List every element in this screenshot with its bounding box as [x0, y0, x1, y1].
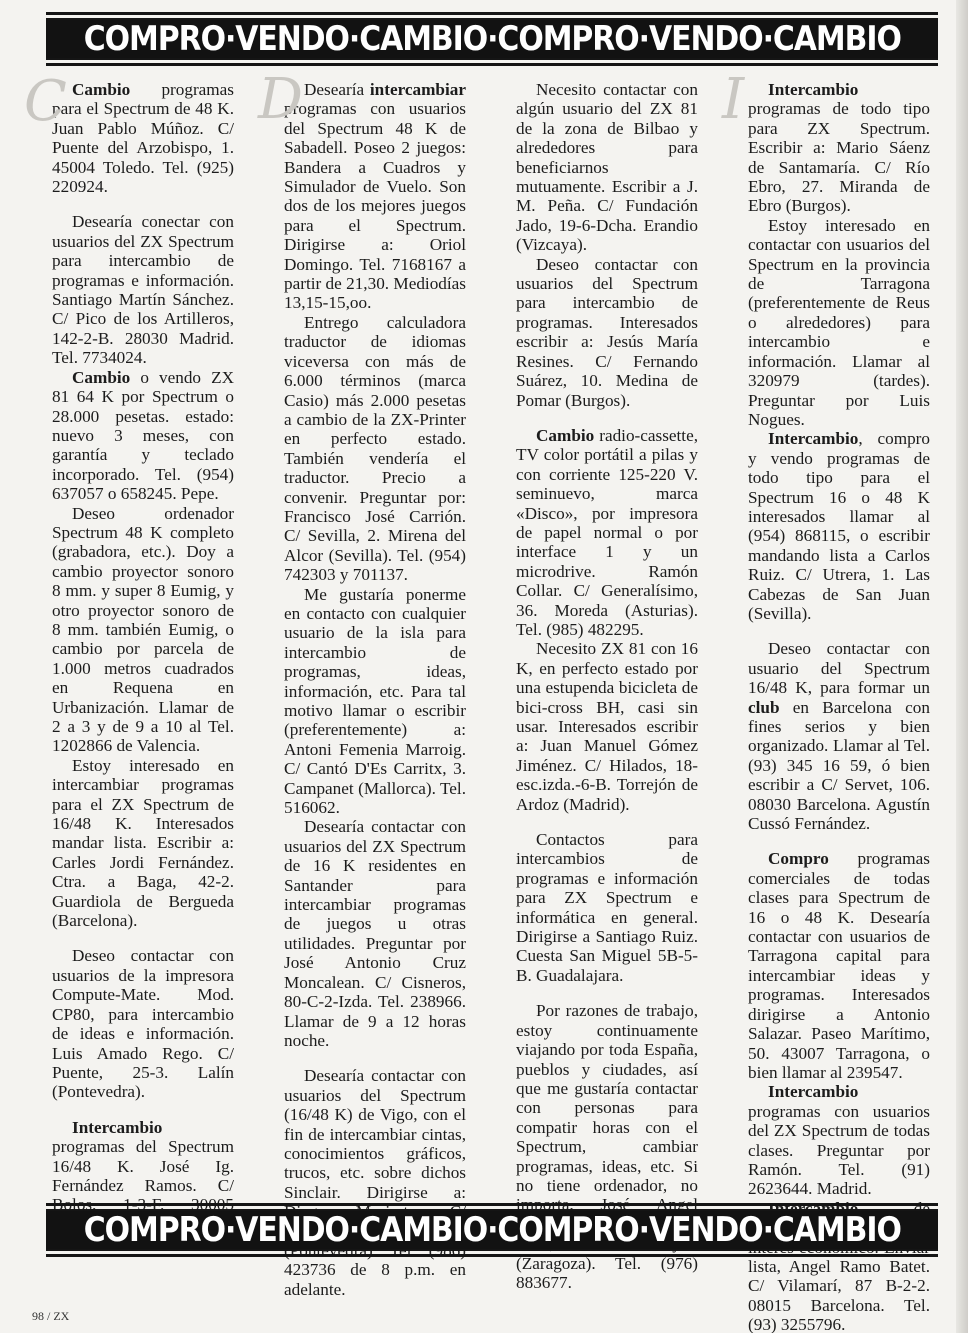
- classified-ad: Intercambio programas con usuarios del Z…: [748, 1082, 930, 1198]
- ad-body: programas con usuarios del Spectrum 48 K…: [284, 99, 466, 312]
- classifieds-columns: C Cambio programas para el Spectrum de 4…: [52, 80, 928, 1190]
- column-3: Necesito contactar con algún usuario del…: [516, 80, 698, 1333]
- ad-body: Deseo ordenador Spectrum 48 K completo (…: [52, 504, 234, 756]
- classified-ad: Me gustaría ponerme en contacto con cual…: [284, 585, 466, 818]
- decorative-flourish-icon: I: [722, 72, 744, 128]
- ad-lead: intercambiar: [370, 80, 466, 99]
- classified-ad: Cambio radio-cassette, TV color portátil…: [516, 426, 698, 639]
- classified-ad: Estoy interesado en intercambiar program…: [52, 756, 234, 931]
- ad-lead: Cambio: [72, 80, 130, 99]
- ad-body: Necesito contactar con algún usuario del…: [516, 80, 698, 254]
- classified-ad: Desearía intercambiar programas con usua…: [284, 80, 466, 313]
- ad-body: Estoy interesado en contactar con usuari…: [748, 216, 930, 429]
- ad-body: programas de todo tipo para ZX Spectrum.…: [748, 99, 930, 215]
- ad-pre: Desearía: [304, 80, 370, 99]
- classified-ad: Entrego calculadora traductor de idiomas…: [284, 313, 466, 585]
- banner-band: COMPRO·VENDO·CAMBIO·COMPRO·VENDO·CAMBIO: [46, 18, 938, 60]
- ad-body: Me gustaría ponerme en contacto con cual…: [284, 585, 466, 817]
- ad-body: Contactos para intercambios de programas…: [516, 830, 698, 985]
- banner-rule: [46, 1254, 938, 1257]
- banner-rule: [46, 1203, 938, 1206]
- classified-ad: Cambio o vendo ZX 81 64 K por Spectrum o…: [52, 368, 234, 504]
- classified-ad: Compro programas comerciales de todas cl…: [748, 849, 930, 1082]
- ad-lead: Compro: [768, 849, 829, 868]
- ad-body: , compro y vendo programas de todo tipo …: [748, 429, 930, 623]
- classified-ad: Estoy interesado en contactar con usuari…: [748, 216, 930, 429]
- ad-body: Deseo contactar con usuarios del Spectru…: [516, 255, 698, 410]
- classified-ad: Intercambio, compro y vendo programas de…: [748, 429, 930, 623]
- banner-title: COMPRO·VENDO·CAMBIO·COMPRO·VENDO·CAMBIO: [83, 1211, 900, 1249]
- ad-body: programas comerciales de todas clases pa…: [748, 849, 930, 1081]
- column-4: I Intercambio programas de todo tipo par…: [748, 80, 930, 1333]
- classified-ad: Cambio programas para el Spectrum de 48 …: [52, 80, 234, 196]
- column-2: D Desearía intercambiar programas con us…: [284, 80, 466, 1333]
- classified-ad: Deseo contactar con usuarios de la impre…: [52, 946, 234, 1101]
- ad-body: Entrego calculadora traductor de idiomas…: [284, 313, 466, 584]
- banner-rule: [46, 12, 938, 15]
- banner-title: COMPRO·VENDO·CAMBIO·COMPRO·VENDO·CAMBIO: [83, 20, 900, 58]
- classified-ad: Intercambio programas de todo tipo para …: [748, 80, 930, 216]
- banner-rule: [46, 63, 938, 66]
- ad-lead: Cambio: [72, 368, 130, 387]
- classified-ad: Deseo contactar con usuario del Spectrum…: [748, 639, 930, 833]
- ad-body: o vendo ZX 81 64 K por Spectrum o 28.000…: [52, 368, 234, 503]
- classified-ad: Deseo contactar con usuarios del Spectru…: [516, 255, 698, 410]
- classified-ad: Deseo ordenador Spectrum 48 K completo (…: [52, 504, 234, 756]
- ad-lead: Intercambio: [768, 429, 858, 448]
- classified-ad: Desearía conectar con usuarios del ZX Sp…: [52, 212, 234, 367]
- ad-body: Desearía conectar con usuarios del ZX Sp…: [52, 212, 234, 367]
- classified-ad: Necesito ZX 81 con 16 K, en perfecto est…: [516, 639, 698, 814]
- classified-ad: Necesito contactar con algún usuario del…: [516, 80, 698, 255]
- ad-body: Estoy interesado en intercambiar program…: [52, 756, 234, 930]
- page-number: 98 / ZX: [32, 1309, 69, 1324]
- header-banner: COMPRO·VENDO·CAMBIO·COMPRO·VENDO·CAMBIO: [46, 12, 938, 66]
- ad-pre: Deseo contactar con usuario del Spectrum…: [748, 639, 930, 697]
- ad-body: Necesito ZX 81 con 16 K, en perfecto est…: [516, 639, 698, 813]
- page-edge-shadow: [956, 0, 968, 1333]
- classified-ad: Desearía contactar con usuarios del ZX S…: [284, 817, 466, 1050]
- ad-body: Desearía contactar con usuarios del ZX S…: [284, 817, 466, 1049]
- ad-lead: Cambio: [536, 426, 594, 445]
- footer-banner: COMPRO·VENDO·CAMBIO·COMPRO·VENDO·CAMBIO: [46, 1203, 938, 1257]
- ad-body: en Barcelona con fines serios y bien org…: [748, 698, 930, 833]
- ad-lead: Intercambio: [768, 80, 858, 99]
- ad-lead: Intercambio: [72, 1118, 162, 1137]
- classified-ad: Desearía contactar con usuarios del Spec…: [284, 1066, 466, 1299]
- classified-ad: Contactos para intercambios de programas…: [516, 830, 698, 985]
- ad-body: Deseo contactar con usuarios de la impre…: [52, 946, 234, 1101]
- column-1: C Cambio programas para el Spectrum de 4…: [52, 80, 234, 1333]
- banner-band: COMPRO·VENDO·CAMBIO·COMPRO·VENDO·CAMBIO: [46, 1209, 938, 1251]
- ad-body: Desearía contactar con usuarios del Spec…: [284, 1066, 466, 1298]
- ad-lead: club: [748, 698, 780, 717]
- ad-body: radio-cassette, TV color portátil a pila…: [516, 426, 698, 639]
- ad-body: programas con usuarios del ZX Spectrum d…: [748, 1102, 930, 1199]
- ad-lead: Intercambio: [768, 1082, 858, 1101]
